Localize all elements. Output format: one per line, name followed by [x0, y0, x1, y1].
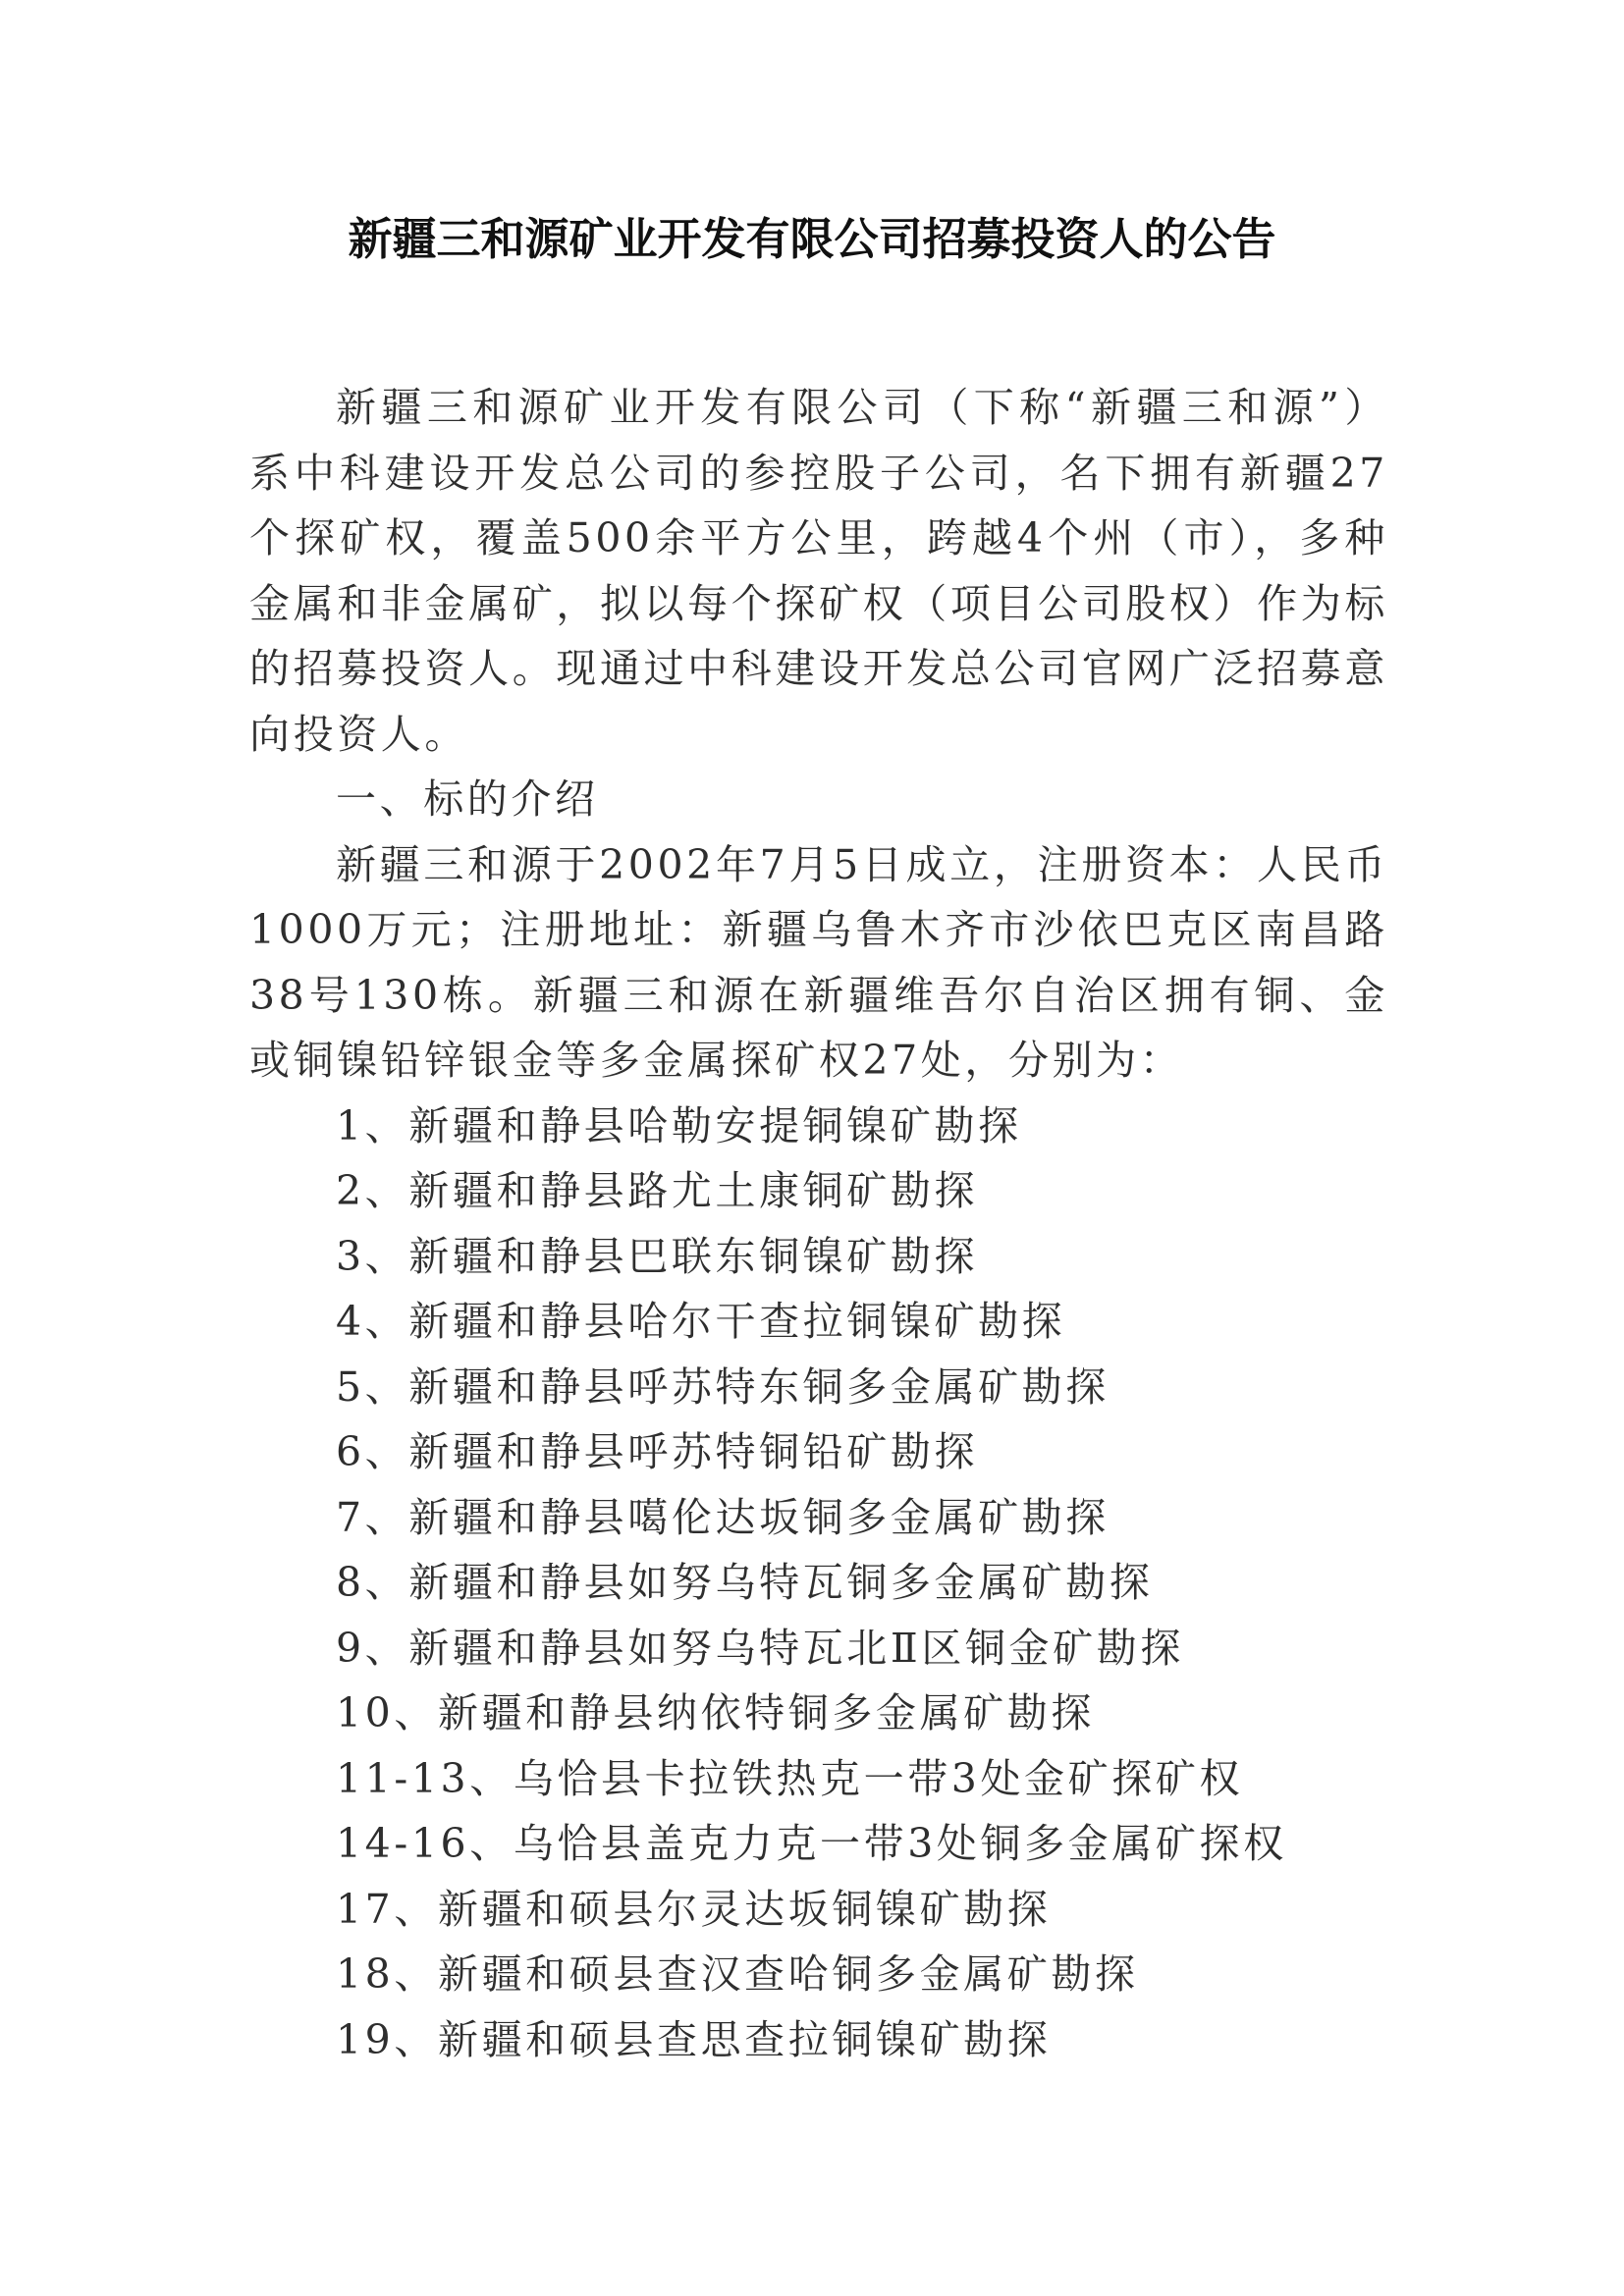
list-item: 10、新疆和静县纳依特铜多金属矿勘探 — [249, 1681, 1388, 1746]
list-item: 8、新疆和静县如努乌特瓦铜多金属矿勘探 — [249, 1550, 1388, 1616]
document-title: 新疆三和源矿业开发有限公司招募投资人的公告 — [0, 210, 1624, 269]
list-item: 14-16、乌恰县盖克力克一带3处铜多金属矿探权 — [249, 1811, 1388, 1877]
list-item: 18、新疆和硕县查汉查哈铜多金属矿勘探 — [249, 1942, 1388, 2007]
document-body: 新疆三和源矿业开发有限公司（下称“新疆三和源”）系中科建设开发总公司的参控股子公… — [249, 375, 1388, 2072]
list-item: 9、新疆和静县如努乌特瓦北Ⅱ区铜金矿勘探 — [249, 1616, 1388, 1682]
list-item: 7、新疆和静县噶伦达坂铜多金属矿勘探 — [249, 1485, 1388, 1551]
section-heading-target-introduction: 一、标的介绍 — [249, 767, 1388, 832]
list-item: 5、新疆和静县呼苏特东铜多金属矿勘探 — [249, 1355, 1388, 1420]
list-item: 19、新疆和硕县查思查拉铜镍矿勘探 — [249, 2007, 1388, 2073]
list-item: 4、新疆和静县哈尔干查拉铜镍矿勘探 — [249, 1289, 1388, 1355]
list-item: 1、新疆和静县哈勒安提铜镍矿勘探 — [249, 1094, 1388, 1159]
document-page: 新疆三和源矿业开发有限公司招募投资人的公告 新疆三和源矿业开发有限公司（下称“新… — [0, 0, 1624, 2296]
exploration-rights-list: 1、新疆和静县哈勒安提铜镍矿勘探 2、新疆和静县路尤土康铜矿勘探 3、新疆和静县… — [249, 1094, 1388, 2073]
list-item: 2、新疆和静县路尤土康铜矿勘探 — [249, 1158, 1388, 1224]
intro-paragraph: 新疆三和源矿业开发有限公司（下称“新疆三和源”）系中科建设开发总公司的参控股子公… — [249, 375, 1388, 767]
list-item: 6、新疆和静县呼苏特铜铅矿勘探 — [249, 1419, 1388, 1485]
list-item: 17、新疆和硕县尔灵达坂铜镍矿勘探 — [249, 1877, 1388, 1943]
company-details-paragraph: 新疆三和源于2002年7月5日成立，注册资本：人民币1000万元；注册地址：新疆… — [249, 832, 1388, 1094]
list-item: 3、新疆和静县巴联东铜镍矿勘探 — [249, 1224, 1388, 1290]
list-item: 11-13、乌恰县卡拉铁热克一带3处金矿探矿权 — [249, 1746, 1388, 1812]
